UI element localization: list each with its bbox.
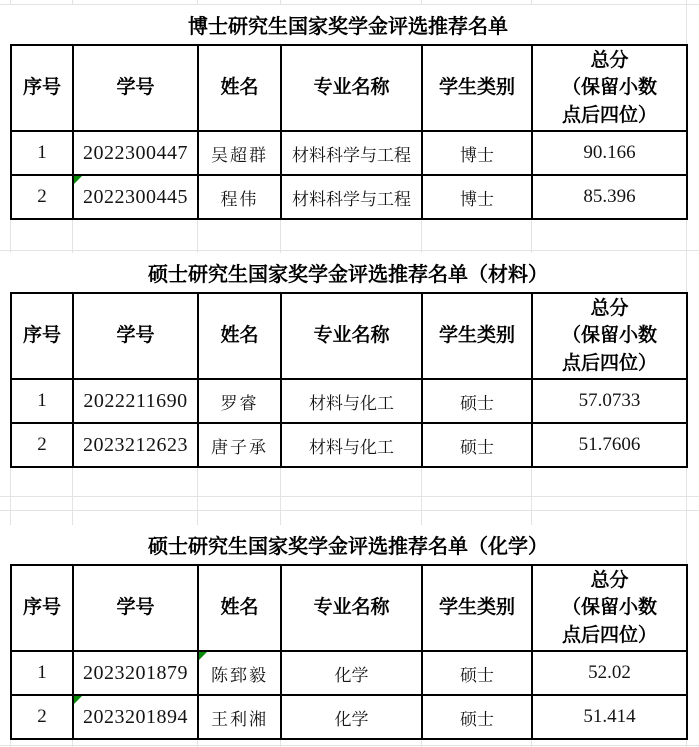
cell-score[interactable]: 52.02	[532, 651, 687, 695]
cell-name[interactable]: 唐子承	[198, 423, 281, 467]
cell-student-id[interactable]: 2022300447	[73, 131, 198, 175]
cell-student-id-text: 2023201894	[83, 706, 188, 728]
table-row: 1 2022300447 吴超群 材料科学与工程 博士 90.166	[11, 131, 687, 175]
cell-category[interactable]: 硕士	[422, 379, 532, 423]
cell-major[interactable]: 化学	[281, 651, 422, 695]
cell-name[interactable]: 吴超群	[198, 131, 281, 175]
col-header-major[interactable]: 专业名称	[281, 293, 422, 379]
table-row: 2 2023201894 王利湘 化学 硕士 51.414	[11, 695, 687, 739]
gridline	[0, 745, 699, 746]
col-header-major[interactable]: 专业名称	[281, 45, 422, 131]
cell-no[interactable]: 1	[11, 651, 73, 695]
scholarship-table-chemistry: 序号 学号 姓名 专业名称 学生类别 总分 （保留小数 点后四位） 1 2023…	[10, 564, 688, 740]
col-header-total-score[interactable]: 总分 （保留小数 点后四位）	[532, 565, 687, 651]
cell-no[interactable]: 1	[11, 131, 73, 175]
table-block-master-chemistry: 硕士研究生国家奖学金评选推荐名单（化学） 序号 学号 姓名 专业名称 学生类别 …	[10, 525, 686, 740]
col-header-total-score[interactable]: 总分 （保留小数 点后四位）	[532, 45, 687, 131]
table-row: 1 2023201879 陈郅毅 化学 硕士 52.02	[11, 651, 687, 695]
cell-major[interactable]: 化学	[281, 695, 422, 739]
col-header-no[interactable]: 序号	[11, 45, 73, 131]
number-stored-as-text-flag-icon	[74, 696, 82, 704]
cell-category[interactable]: 硕士	[422, 651, 532, 695]
cell-no[interactable]: 2	[11, 423, 73, 467]
spreadsheet-canvas: { "colors": { "table_border": "#000000",…	[0, 0, 699, 747]
cell-category[interactable]: 硕士	[422, 423, 532, 467]
cell-score[interactable]: 90.166	[532, 131, 687, 175]
gridline	[0, 250, 699, 251]
cell-major[interactable]: 材料科学与工程	[281, 175, 422, 219]
cell-no[interactable]: 2	[11, 695, 73, 739]
cell-score[interactable]: 51.7606	[532, 423, 687, 467]
table-title[interactable]: 博士研究生国家奖学金评选推荐名单	[10, 5, 686, 44]
gridline	[0, 496, 699, 497]
cell-name-text: 陈郅毅	[211, 666, 268, 685]
table-row: 2 2023212623 唐子承 材料与化工 硕士 51.7606	[11, 423, 687, 467]
cell-category[interactable]: 硕士	[422, 695, 532, 739]
col-header-no[interactable]: 序号	[11, 293, 73, 379]
cell-major[interactable]: 材料与化工	[281, 379, 422, 423]
table-title[interactable]: 硕士研究生国家奖学金评选推荐名单（材料）	[10, 253, 686, 292]
col-header-student-id[interactable]: 学号	[73, 293, 198, 379]
col-header-student-id[interactable]: 学号	[73, 565, 198, 651]
cell-category[interactable]: 博士	[422, 131, 532, 175]
cell-student-id[interactable]: 2023212623	[73, 423, 198, 467]
header-row: 序号 学号 姓名 专业名称 学生类别 总分 （保留小数 点后四位）	[11, 293, 687, 379]
cell-student-id[interactable]: 2022211690	[73, 379, 198, 423]
cell-student-id[interactable]: 2023201879	[73, 651, 198, 695]
gridline	[0, 510, 699, 511]
cell-major[interactable]: 材料科学与工程	[281, 131, 422, 175]
col-header-name[interactable]: 姓名	[198, 565, 281, 651]
col-header-category[interactable]: 学生类别	[422, 565, 532, 651]
cell-student-id[interactable]: 2023201894	[73, 695, 198, 739]
number-stored-as-text-flag-icon	[199, 652, 207, 660]
scholarship-table-materials: 序号 学号 姓名 专业名称 学生类别 总分 （保留小数 点后四位） 1 2022…	[10, 292, 688, 468]
col-header-no[interactable]: 序号	[11, 565, 73, 651]
col-header-category[interactable]: 学生类别	[422, 293, 532, 379]
table-title[interactable]: 硕士研究生国家奖学金评选推荐名单（化学）	[10, 525, 686, 564]
scholarship-table-doctoral: 序号 学号 姓名 专业名称 学生类别 总分 （保留小数 点后四位） 1 2022…	[10, 44, 688, 220]
cell-score[interactable]: 51.414	[532, 695, 687, 739]
cell-major[interactable]: 材料与化工	[281, 423, 422, 467]
cell-name[interactable]: 王利湘	[198, 695, 281, 739]
number-stored-as-text-flag-icon	[74, 176, 82, 184]
cell-category[interactable]: 博士	[422, 175, 532, 219]
col-header-major[interactable]: 专业名称	[281, 565, 422, 651]
cell-no[interactable]: 2	[11, 175, 73, 219]
cell-score[interactable]: 57.0733	[532, 379, 687, 423]
header-row: 序号 学号 姓名 专业名称 学生类别 总分 （保留小数 点后四位）	[11, 45, 687, 131]
cell-name[interactable]: 罗睿	[198, 379, 281, 423]
cell-student-id-text: 2022300445	[83, 186, 188, 208]
col-header-name[interactable]: 姓名	[198, 45, 281, 131]
header-row: 序号 学号 姓名 专业名称 学生类别 总分 （保留小数 点后四位）	[11, 565, 687, 651]
table-row: 1 2022211690 罗睿 材料与化工 硕士 57.0733	[11, 379, 687, 423]
col-header-student-id[interactable]: 学号	[73, 45, 198, 131]
cell-name[interactable]: 程伟	[198, 175, 281, 219]
cell-no[interactable]: 1	[11, 379, 73, 423]
cell-name[interactable]: 陈郅毅	[198, 651, 281, 695]
col-header-total-score[interactable]: 总分 （保留小数 点后四位）	[532, 293, 687, 379]
cell-student-id[interactable]: 2022300445	[73, 175, 198, 219]
cell-score[interactable]: 85.396	[532, 175, 687, 219]
table-block-doctoral: 博士研究生国家奖学金评选推荐名单 序号 学号 姓名 专业名称 学生类别 总分 （…	[10, 5, 686, 220]
col-header-category[interactable]: 学生类别	[422, 45, 532, 131]
table-row: 2 2022300445 程伟 材料科学与工程 博士 85.396	[11, 175, 687, 219]
table-block-master-materials: 硕士研究生国家奖学金评选推荐名单（材料） 序号 学号 姓名 专业名称 学生类别 …	[10, 253, 686, 468]
col-header-name[interactable]: 姓名	[198, 293, 281, 379]
